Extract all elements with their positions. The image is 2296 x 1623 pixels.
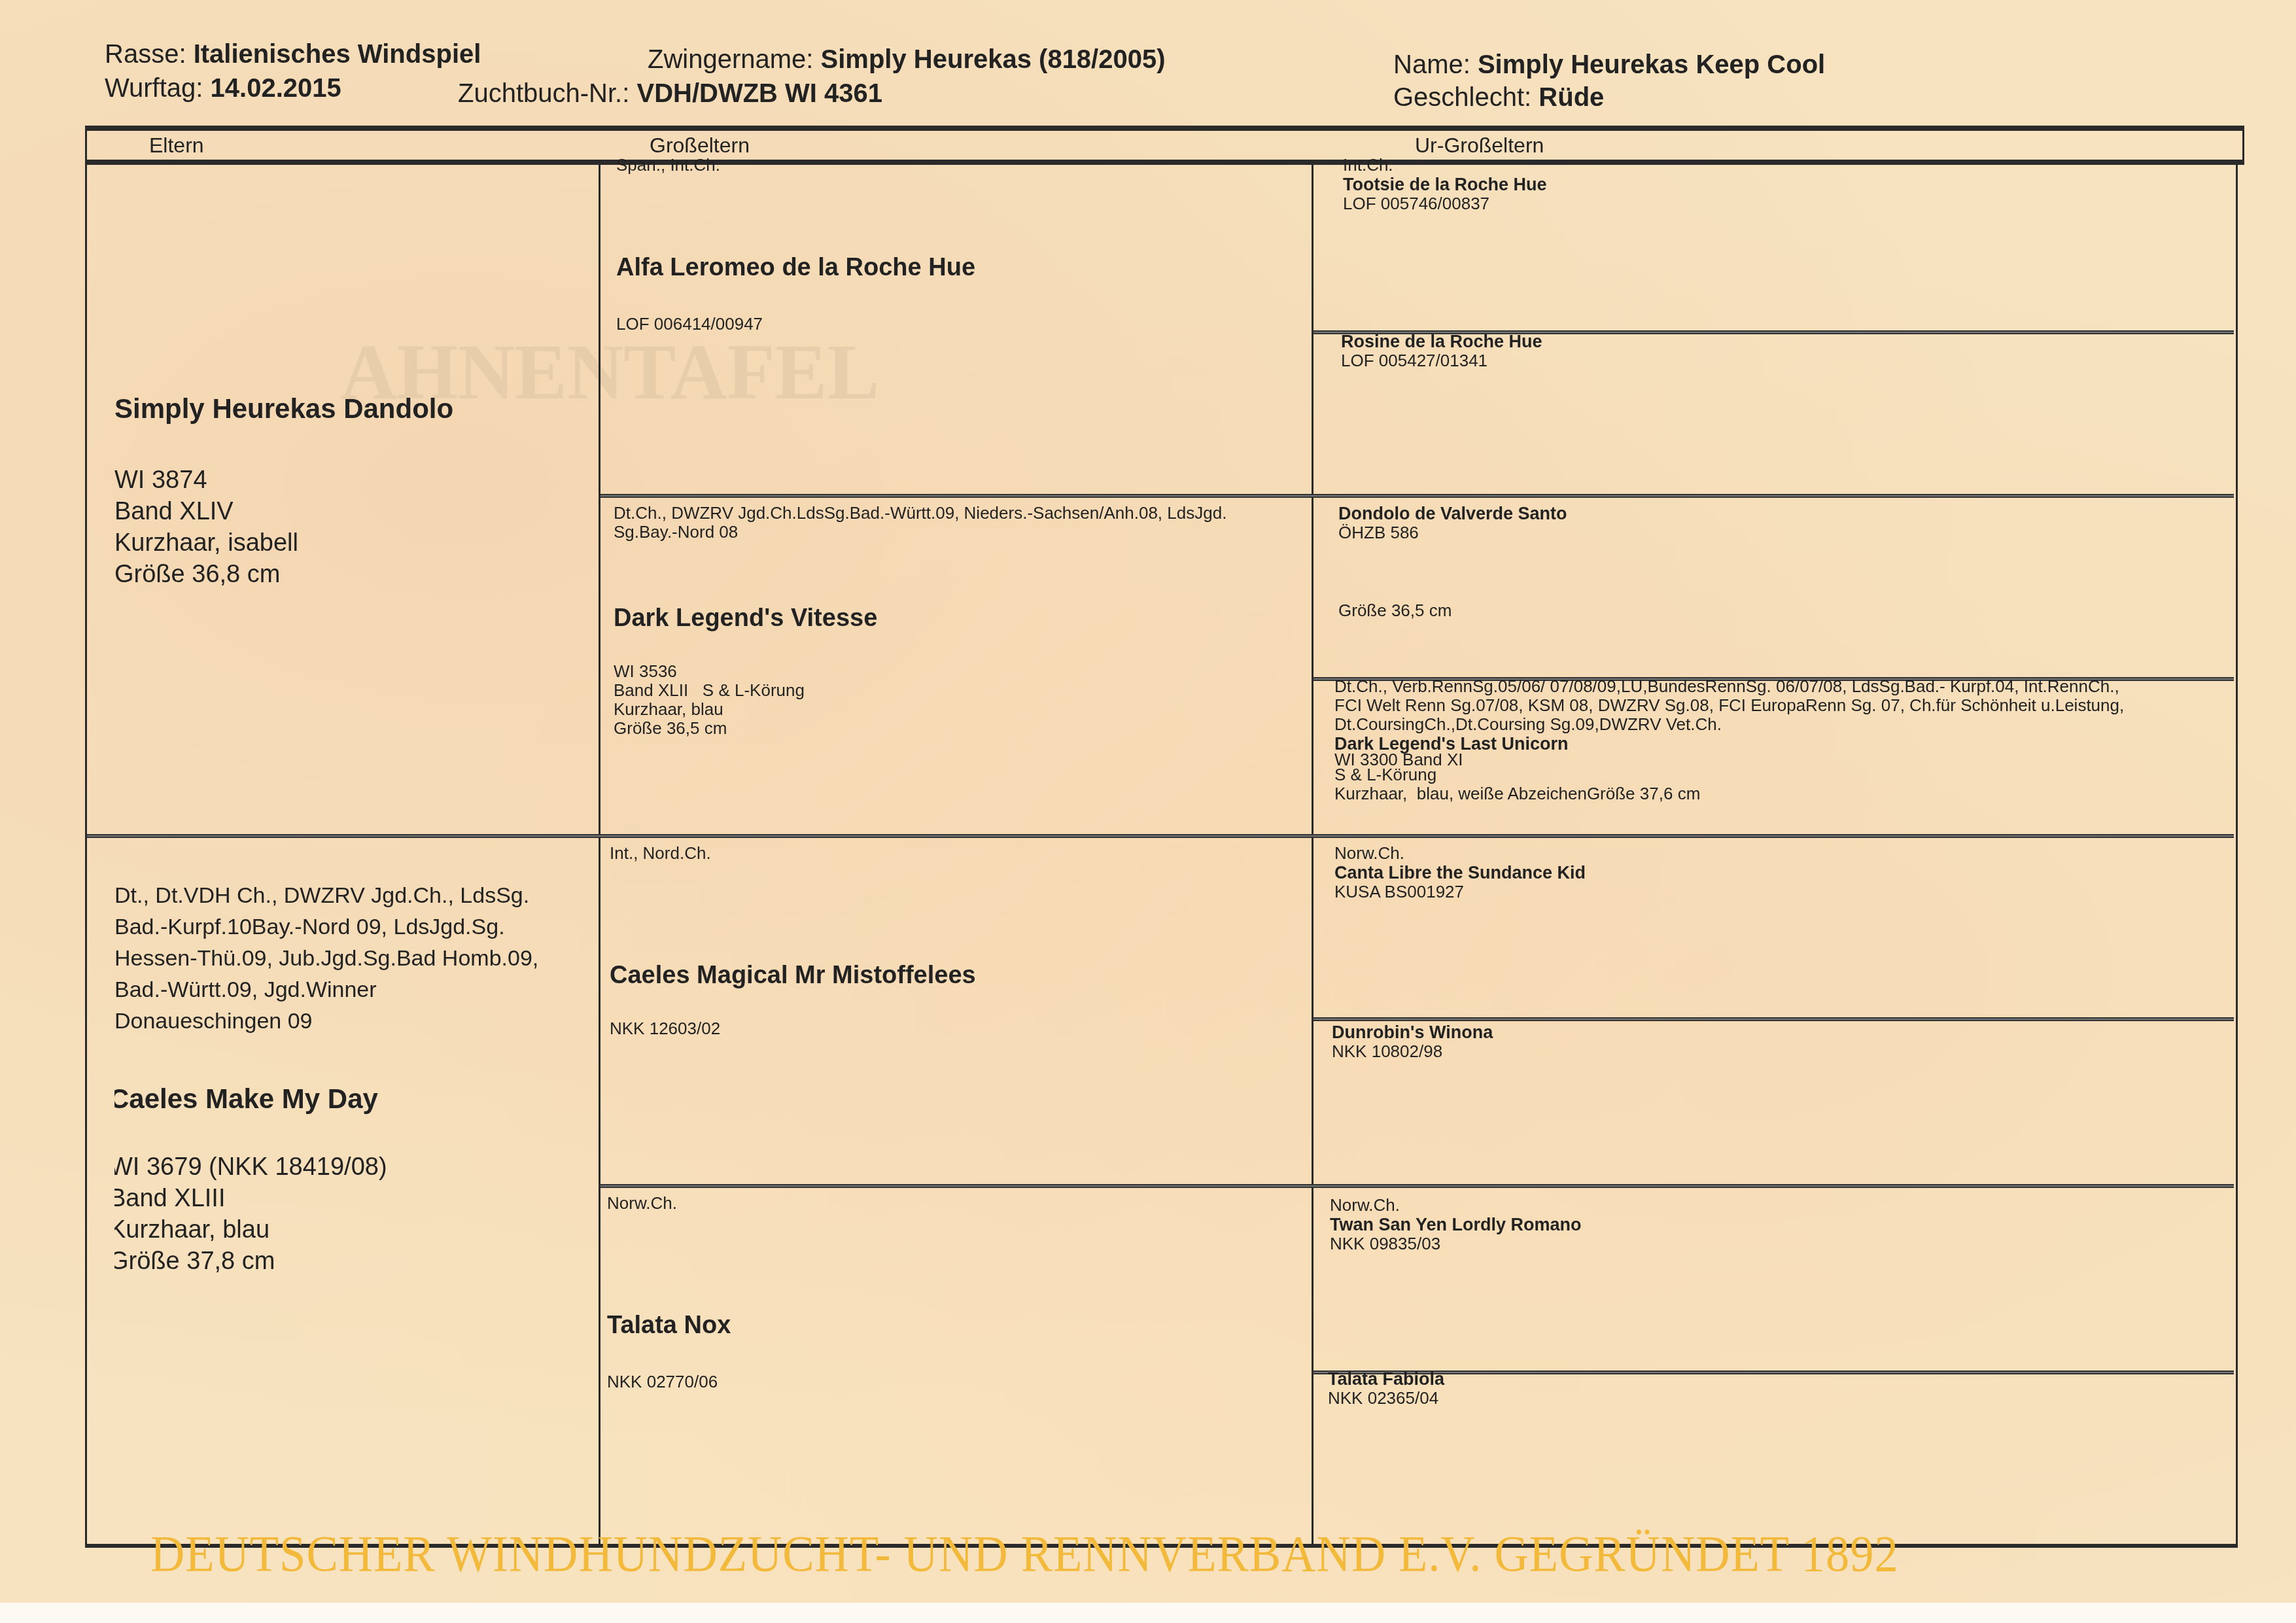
grandparent-line: WI 3536 (614, 662, 1307, 681)
col-header-grandparents: Großeltern (650, 133, 750, 158)
grandparent-line: Band XLII S & L-Körung (614, 681, 1307, 700)
grandparent-line: Größe 36,5 cm (614, 719, 1307, 738)
ggp-size: Größe 36,5 cm (1338, 601, 2215, 620)
ggp-name: Twan San Yen Lordly Romano (1330, 1215, 2206, 1234)
sire-line: Größe 36,8 cm (114, 559, 585, 590)
ggp-line: KUSA BS001927 (1334, 882, 2211, 901)
sire-cell: Simply Heurekas Dandolo WI 3874 Band XLI… (114, 393, 585, 824)
sex-label: Geschlecht: (1393, 83, 1531, 112)
grandparent-name: Dark Legend's Vitesse (614, 604, 1307, 633)
grandparent-cell: Norw.Ch. Talata Nox NKK 02770/06 (607, 1194, 1300, 1534)
grandparent-titles: Span., Int.Ch. (616, 156, 1303, 175)
whelp-date-label: Wurftag: (105, 74, 203, 103)
dam-titles: Dt., Dt.VDH Ch., DWZRV Jgd.Ch., LdsSg. (114, 880, 599, 911)
sire-line: Kurzhaar, isabell (114, 527, 585, 559)
ggp-line: LOF 005427/01341 (1341, 351, 2218, 370)
studbook-value: VDH/DWZB WI 4361 (636, 79, 882, 108)
grandparent-cell: Dt.Ch., DWZRV Jgd.Ch.LdsSg.Bad.-Württ.09… (614, 504, 1307, 831)
grandparent-titles: Int., Nord.Ch. (610, 844, 1303, 863)
grandparent-titles: Norw.Ch. (607, 1194, 1300, 1213)
kennel-label: Zwingername: (648, 45, 813, 74)
ggp-line: NKK 02365/04 (1328, 1389, 2204, 1408)
dog-name-label: Name: (1393, 50, 1470, 79)
studbook-label: Zuchtbuch-Nr.: (458, 79, 629, 108)
dam-titles: Bad.-Kurpf.10Bay.-Nord 09, LdsJgd.Sg. (114, 911, 599, 943)
great-grandparent-cell: Dondolo de Valverde Santo ÖHZB 586 Größe… (1338, 504, 2215, 674)
ggp-line: ÖHZB 586 (1338, 523, 2215, 542)
divider-grandparents-greatgrandparents (1312, 164, 1313, 1544)
ggp-line: S & L-Körung (1334, 765, 2224, 784)
great-grandparent-cell: Norw.Ch. Canta Libre the Sundance Kid KU… (1334, 844, 2211, 1014)
grandparent-line: NKK 02770/06 (607, 1372, 1300, 1391)
ggp-name: Talata Fabiola (1328, 1369, 2204, 1389)
ggp-titles: Int.Ch. (1343, 156, 2219, 175)
divider-ggp-5 (1313, 1017, 2234, 1021)
ggp-titles: Norw.Ch. (1330, 1196, 2206, 1215)
kennel-field: Zwingername: Simply Heurekas (818/2005) (648, 44, 1166, 75)
dam-line: Band XLIII (114, 1183, 599, 1214)
sex-field: Geschlecht: Rüde (1393, 82, 1604, 113)
great-grandparent-cell: Dunrobin's Winona NKK 10802/98 (1332, 1022, 2208, 1179)
dam-line: WI 3679 (NKK 18419/08) (114, 1151, 599, 1183)
grandparent-cell: Int., Nord.Ch. Caeles Magical Mr Mistoff… (610, 844, 1303, 1178)
breed-label: Rasse: (105, 40, 186, 69)
grandparent-line: LOF 006414/00947 (616, 315, 1303, 334)
great-grandparent-cell: Norw.Ch. Twan San Yen Lordly Romano NKK … (1330, 1196, 2206, 1366)
dam-line: Größe 37,8 cm (114, 1246, 599, 1277)
ggp-titles: FCI Welt Renn Sg.07/08, KSM 08, DWZRV Sg… (1334, 696, 2224, 715)
ggp-line: LOF 005746/00837 (1343, 194, 2219, 213)
ggp-name: Tootsie de la Roche Hue (1343, 175, 2219, 194)
grandparent-name: Talata Nox (607, 1311, 1300, 1340)
whelp-date-field: Wurftag: 14.02.2015 (105, 73, 341, 103)
dam-line: Kurzhaar, blau (114, 1214, 599, 1246)
ggp-line: NKK 09835/03 (1330, 1234, 2206, 1253)
divider-gp-3 (600, 1184, 2234, 1188)
dam-titles: Donaueschingen 09 (114, 1005, 599, 1037)
studbook-field: Zuchtbuch-Nr.: VDH/DWZB WI 4361 (458, 79, 882, 109)
ggp-titles: Dt.CoursingCh.,Dt.Coursing Sg.09,DWZRV V… (1334, 715, 2224, 734)
ggp-name: Dunrobin's Winona (1332, 1022, 2208, 1042)
kennel-value: Simply Heurekas (818/2005) (821, 45, 1166, 74)
breed-field: Rasse: Italienisches Windspiel (105, 39, 481, 69)
sex-value: Rüde (1539, 83, 1604, 112)
great-grandparent-cell: Dt.Ch., Verb.RennSg.05/06/ 07/08/09,LU,B… (1334, 677, 2224, 828)
grandparent-titles: Dt.Ch., DWZRV Jgd.Ch.LdsSg.Bad.-Württ.09… (614, 504, 1307, 523)
dam-name: Caeles Make My Day (114, 1083, 599, 1115)
sire-line: Band XLIV (114, 496, 585, 527)
col-header-parents: Eltern (149, 133, 204, 158)
dog-name-value: Simply Heurekas Keep Cool (1478, 50, 1825, 79)
ggp-name: Canta Libre the Sundance Kid (1334, 863, 2211, 882)
ggp-line: NKK 10802/98 (1332, 1042, 2208, 1061)
whelp-date-value: 14.02.2015 (211, 74, 341, 103)
divider-sire-dam (87, 834, 2234, 838)
divider-gp-1 (600, 494, 2234, 498)
ggp-name: Rosine de la Roche Hue (1341, 332, 2218, 351)
ggp-name: Dark Legend's Last Unicorn (1334, 734, 2224, 754)
grandparent-line: NKK 12603/02 (610, 1019, 1303, 1038)
ggp-line: Kurzhaar, blau, weiße AbzeichenGröße 37,… (1334, 784, 2224, 803)
grandparent-titles: Sg.Bay.-Nord 08 (614, 523, 1307, 542)
scan-margin (0, 1603, 2296, 1623)
grandparent-name: Alfa Leromeo de la Roche Hue (616, 253, 1303, 282)
ggp-line: WI 3300 Band XI (1334, 754, 2224, 765)
ggp-name: Dondolo de Valverde Santo (1338, 504, 2215, 523)
sire-name: Simply Heurekas Dandolo (114, 393, 585, 425)
organization-footer: DEUTSCHER WINDHUNDZUCHT- UND RENNVERBAND… (150, 1524, 1899, 1583)
grandparent-name: Caeles Magical Mr Mistoffelees (610, 961, 1303, 990)
grandparent-cell: Span., Int.Ch. Alfa Leromeo de la Roche … (616, 156, 1303, 489)
dog-name-field: Name: Simply Heurekas Keep Cool (1393, 50, 1825, 80)
col-header-great-grandparents: Ur-Großeltern (1415, 133, 1544, 158)
grandparent-line: Kurzhaar, blau (614, 700, 1307, 719)
sire-line: WI 3874 (114, 464, 585, 496)
dam-cell: Dt., Dt.VDH Ch., DWZRV Jgd.Ch., LdsSg. B… (114, 880, 599, 1534)
great-grandparent-cell: Talata Fabiola NKK 02365/04 (1328, 1369, 2204, 1526)
dam-titles: Hessen-Thü.09, Jub.Jgd.Sg.Bad Homb.09, (114, 943, 599, 974)
divider-parents-grandparents (599, 164, 600, 1544)
ggp-titles: Norw.Ch. (1334, 844, 2211, 863)
dam-titles: Bad.-Württ.09, Jgd.Winner (114, 974, 599, 1005)
breed-value: Italienisches Windspiel (194, 40, 481, 69)
ggp-titles: Dt.Ch., Verb.RennSg.05/06/ 07/08/09,LU,B… (1334, 677, 2224, 696)
great-grandparent-cell: Int.Ch. Tootsie de la Roche Hue LOF 0057… (1343, 156, 2219, 326)
great-grandparent-cell: Rosine de la Roche Hue LOF 005427/01341 (1341, 332, 2218, 489)
